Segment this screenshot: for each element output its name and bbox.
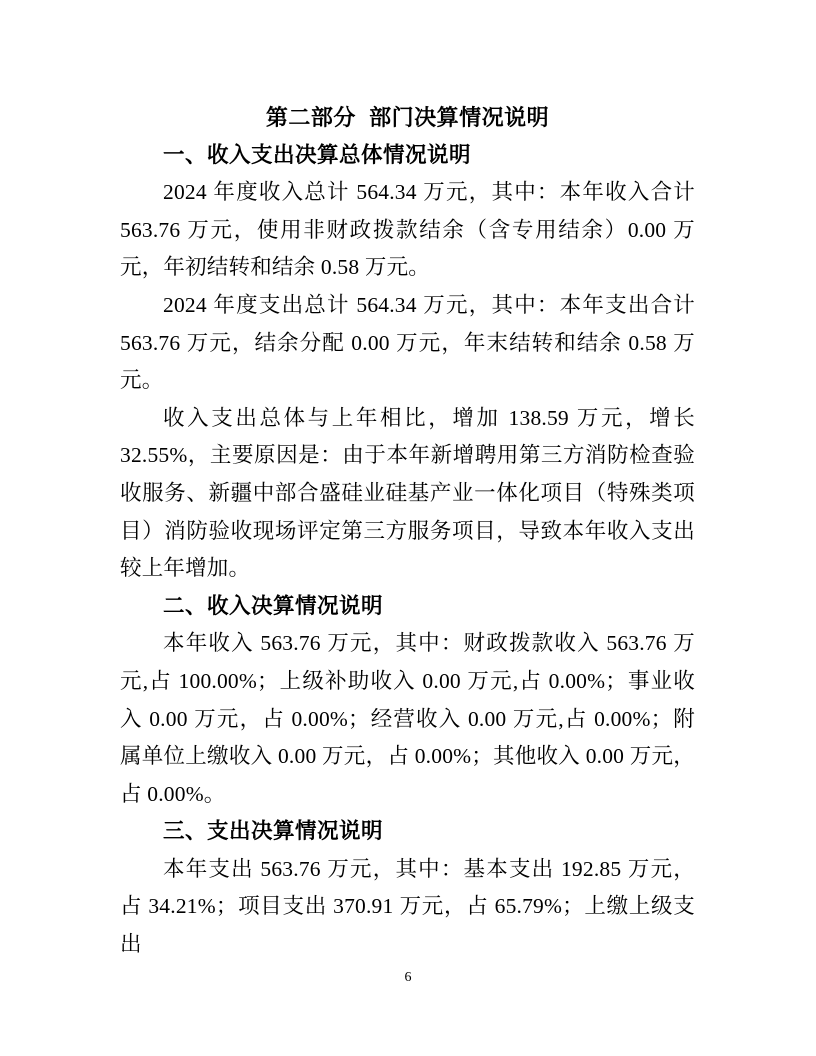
section-income-budget: 二、收入决算情况说明 本年收入 563.76 万元，其中：财政拨款收入 563.… — [120, 588, 695, 814]
section-expenditure-budget: 三、支出决算情况说明 本年支出 563.76 万元，其中：基本支出 192.85… — [120, 813, 695, 963]
section-overall-budget: 一、收入支出决算总体情况说明 2024 年度收入总计 564.34 万元，其中：… — [120, 137, 695, 588]
paragraph-expenditure-detail: 本年支出 563.76 万元，其中：基本支出 192.85 万元，占 34.21… — [120, 851, 695, 964]
paragraph-expenditure-total: 2024 年度支出总计 564.34 万元，其中：本年支出合计 563.76 万… — [120, 287, 695, 400]
page-title: 第二部分 部门决算情况说明 — [120, 99, 695, 137]
paragraph-income-detail: 本年收入 563.76 万元，其中：财政拨款收入 563.76 万元,占 100… — [120, 625, 695, 813]
section-heading-expenditure: 三、支出决算情况说明 — [120, 813, 695, 851]
section-heading-income: 二、收入决算情况说明 — [120, 588, 695, 626]
document-page: 第二部分 部门决算情况说明 一、收入支出决算总体情况说明 2024 年度收入总计… — [0, 0, 816, 1056]
paragraph-income-total: 2024 年度收入总计 564.34 万元，其中：本年收入合计 563.76 万… — [120, 174, 695, 287]
section-heading-overall: 一、收入支出决算总体情况说明 — [120, 137, 695, 175]
paragraph-yoy-change: 收入支出总体与上年相比，增加 138.59 万元，增长 32.55%，主要原因是… — [120, 400, 695, 588]
page-number: 6 — [0, 969, 816, 987]
